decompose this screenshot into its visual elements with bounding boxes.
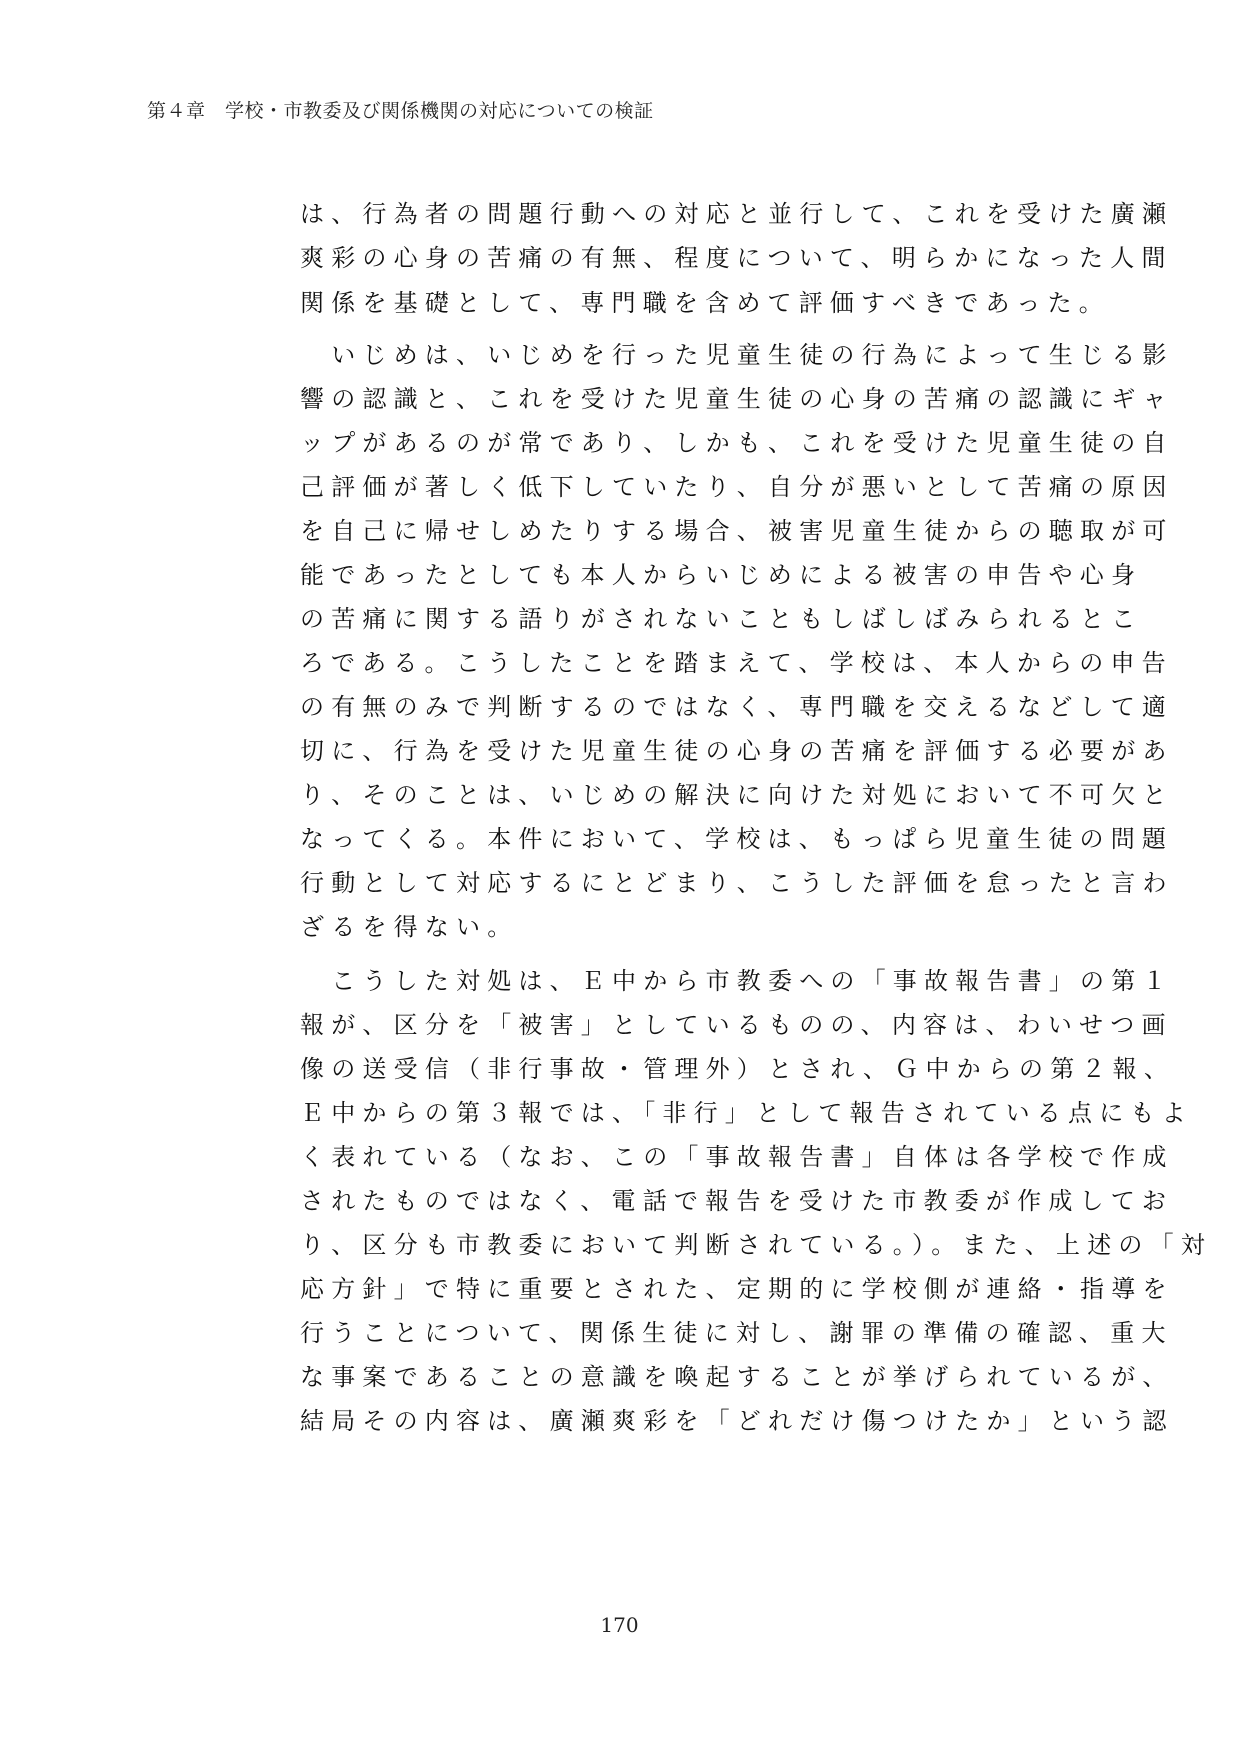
paragraph-2-line-12: なってくる。本件において、学校は、もっぱら児童生徒の問題: [300, 824, 1173, 854]
paragraph-2-line-7: の苦痛に関する語りがされないこともしばしばみられるとこ: [300, 604, 1142, 634]
paragraph-3-line-4: Ｅ中からの第３報では、「非行」として報告されている点にもよ: [300, 1098, 1193, 1128]
paragraph-2-line-11: り、そのことは、いじめの解決に向けた対処において不可欠と: [300, 780, 1174, 810]
paragraph-2-line-2: 響の認識と、これを受けた児童生徒の心身の苦痛の認識にギャ: [300, 384, 1174, 414]
paragraph-2-line-1: いじめは、いじめを行った児童生徒の行為によって生じる影: [300, 340, 1174, 370]
paragraph-2-line-3: ップがあるのが常であり、しかも、これを受けた児童生徒の自: [300, 428, 1174, 458]
paragraph-2-line-13: 行動として対応するにとどまり、こうした評価を怠ったと言わ: [300, 868, 1174, 898]
paragraph-3-line-5: く表れている（なお、この「事故報告書」自体は各学校で作成: [300, 1142, 1174, 1172]
paragraph-3-line-8: 応方針」で特に重要とされた、定期的に学校側が連絡・指導を: [300, 1274, 1174, 1304]
paragraph-1-line-1: は、行為者の問題行動への対応と並行して、これを受けた廣瀬: [300, 199, 1173, 229]
paragraph-2-line-8: ろである。こうしたことを踏まえて、学校は、本人からの申告: [300, 648, 1173, 678]
paragraph-3-line-6: されたものではなく、電話で報告を受けた市教委が作成してお: [300, 1186, 1173, 1216]
page-number: 170: [0, 1613, 1239, 1637]
paragraph-2-line-9: の有無のみで判断するのではなく、専門職を交えるなどして適: [300, 692, 1173, 722]
paragraph-3-line-10: な事案であることの意識を喚起することが挙げられているが、: [300, 1362, 1174, 1392]
paragraph-2-line-5: を自己に帰せしめたりする場合、被害児童生徒からの聴取が可: [300, 516, 1174, 546]
paragraph-1-line-3: 関係を基礎として、専門職を含めて評価すべきであった。: [300, 288, 1110, 318]
chapter-header: 第４章 学校・市教委及び関係機関の対応についての検証: [147, 96, 654, 123]
paragraph-3-line-1: こうした対処は、Ｅ中から市教委への「事故報告書」の第１: [300, 966, 1174, 996]
paragraph-3-line-2: 報が、区分を「被害」としているものの、内容は、わいせつ画: [300, 1010, 1173, 1040]
paragraph-2-line-6: 能であったとしても本人からいじめによる被害の申告や心身: [300, 560, 1142, 590]
paragraph-2-line-14: ざるを得ない。: [300, 912, 518, 942]
paragraph-2-line-4: 己評価が著しく低下していたり、自分が悪いとして苦痛の原因: [300, 472, 1174, 502]
paragraph-3-line-9: 行うことについて、関係生徒に対し、謝罪の準備の確認、重大: [300, 1318, 1173, 1348]
paragraph-1-line-2: 爽彩の心身の苦痛の有無、程度について、明らかになった人間: [300, 243, 1173, 273]
paragraph-2-line-10: 切に、行為を受けた児童生徒の心身の苦痛を評価する必要があ: [300, 736, 1174, 766]
paragraph-3-line-11: 結局その内容は、廣瀬爽彩を「どれだけ傷つけたか」という認: [300, 1406, 1174, 1436]
paragraph-3-line-3: 像の送受信（非行事故・管理外）とされ、Ｇ中からの第２報、: [300, 1054, 1175, 1084]
paragraph-3-line-7: り、区分も市教委において判断されている。）。また、上述の「対: [300, 1230, 1212, 1260]
